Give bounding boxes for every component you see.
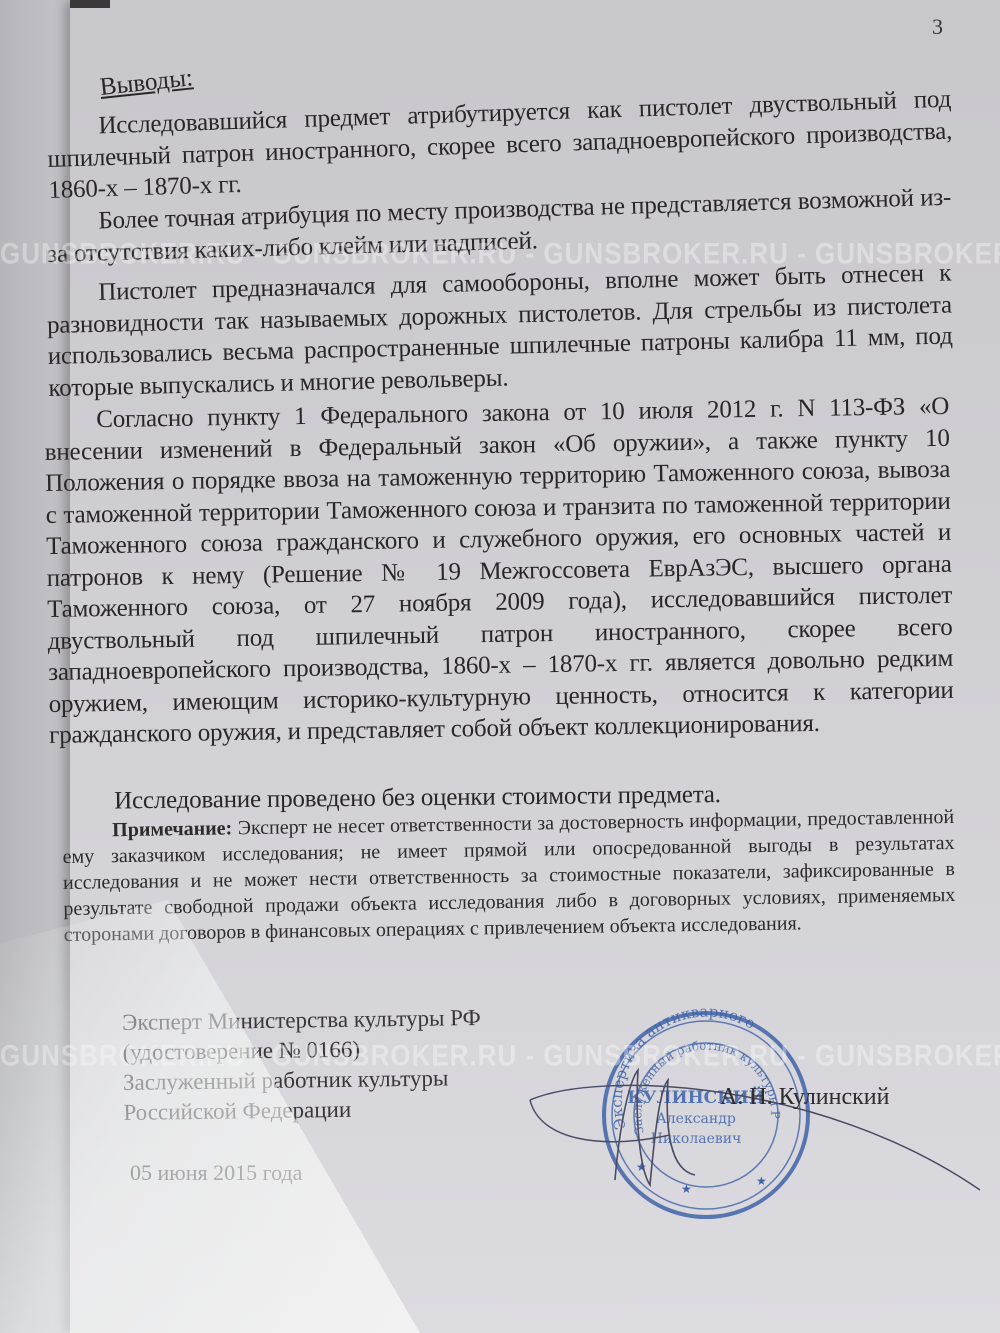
- signer-name: А. Н. Кулинский: [720, 1084, 889, 1111]
- svg-text:Николаевич: Николаевич: [651, 1131, 742, 1147]
- svg-text:Александр: Александр: [656, 1111, 736, 1127]
- credential-line: Российской Федерации: [123, 1093, 482, 1128]
- disclaimer-note: Примечание: Эксперт не несет ответственн…: [62, 804, 956, 948]
- svg-text:★: ★: [756, 1174, 767, 1188]
- watermark-text: GUNSBROKER.RU - GUNSBROKER.RU - GUNSBROK…: [0, 1038, 1000, 1074]
- document-date: 05 июня 2015 года: [130, 1160, 302, 1186]
- watermark-text: GUNSBROKER.RU - GUNSBROKER.RU - GUNSBROK…: [0, 236, 1000, 272]
- paragraph-legal-basis: Согласно пункту 1 Федерального закона от…: [44, 391, 954, 752]
- svg-text:★: ★: [681, 1182, 692, 1196]
- page-top-shadow: [70, 0, 110, 8]
- page-number: 3: [932, 14, 943, 40]
- paragraph-purpose: Пистолет предназначался для самообороны,…: [46, 257, 954, 403]
- credential-line: Эксперт Министерства культуры РФ: [122, 1003, 481, 1038]
- note-label: Примечание:: [112, 817, 232, 841]
- svg-text:★: ★: [636, 1160, 647, 1174]
- official-stamp-icon: Экспертиза антикварного Заслуженный рабо…: [596, 1003, 816, 1223]
